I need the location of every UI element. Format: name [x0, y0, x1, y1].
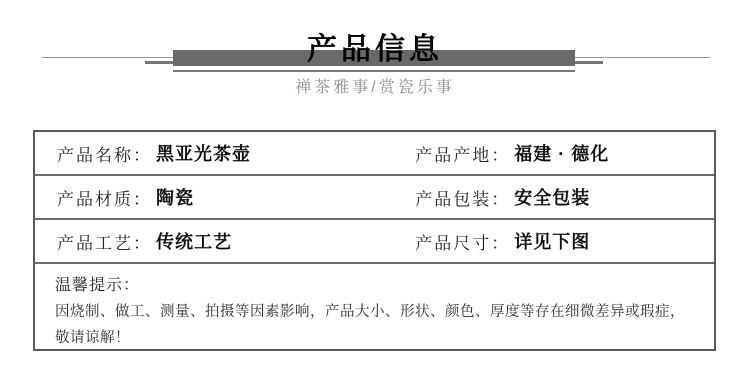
spec-label: 产品材质： — [57, 185, 152, 210]
page-subtitle: 禅茶雅事/赏瓷乐事 — [0, 74, 750, 97]
cell-product-packaging: 产品包装： 安全包装 — [415, 184, 714, 210]
table-row: 产品工艺： 传统工艺 产品尺寸： 详见下图 — [35, 220, 714, 264]
warm-tips-line-1: 因烧制、做工、测量、拍摄等因素影响，产品大小、形状、颜色、厚度等存在细微差异或瑕… — [55, 299, 694, 325]
cell-product-size: 产品尺寸： 详见下图 — [415, 228, 714, 254]
table-row: 产品材质： 陶瓷 产品包装： 安全包装 — [35, 176, 714, 220]
spec-value: 陶瓷 — [156, 184, 194, 210]
warm-tips-line-2: 敬请谅解！ — [55, 325, 694, 351]
product-spec-table: 产品名称： 黑亚光茶壶 产品产地： 福建 · 德化 产品材质： 陶瓷 产品包装：… — [33, 130, 716, 351]
page-title: 产品信息 — [0, 24, 750, 68]
spec-label: 产品尺寸： — [415, 229, 510, 254]
spec-label: 产品名称： — [57, 141, 152, 166]
spec-value: 黑亚光茶壶 — [156, 140, 251, 166]
warm-tips-section: 温馨提示： 因烧制、做工、测量、拍摄等因素影响，产品大小、形状、颜色、厚度等存在… — [35, 264, 714, 351]
spec-label: 产品包装： — [415, 185, 510, 210]
table-row: 产品名称： 黑亚光茶壶 产品产地： 福建 · 德化 — [35, 132, 714, 176]
spec-value: 传统工艺 — [156, 228, 232, 254]
cell-product-craft: 产品工艺： 传统工艺 — [35, 228, 415, 254]
header-underline — [173, 70, 575, 72]
spec-label: 产品产地： — [415, 141, 510, 166]
warm-tips-title: 温馨提示： — [55, 273, 694, 299]
spec-value: 详见下图 — [514, 228, 590, 254]
cell-product-origin: 产品产地： 福建 · 德化 — [415, 140, 714, 166]
cell-product-material: 产品材质： 陶瓷 — [35, 184, 415, 210]
cell-product-name: 产品名称： 黑亚光茶壶 — [35, 140, 415, 166]
spec-value: 安全包装 — [514, 184, 590, 210]
product-info-page: 产品信息 禅茶雅事/赏瓷乐事 产品名称： 黑亚光茶壶 产品产地： 福建 · 德化… — [0, 0, 750, 389]
spec-label: 产品工艺： — [57, 229, 152, 254]
spec-value: 福建 · 德化 — [514, 140, 609, 166]
